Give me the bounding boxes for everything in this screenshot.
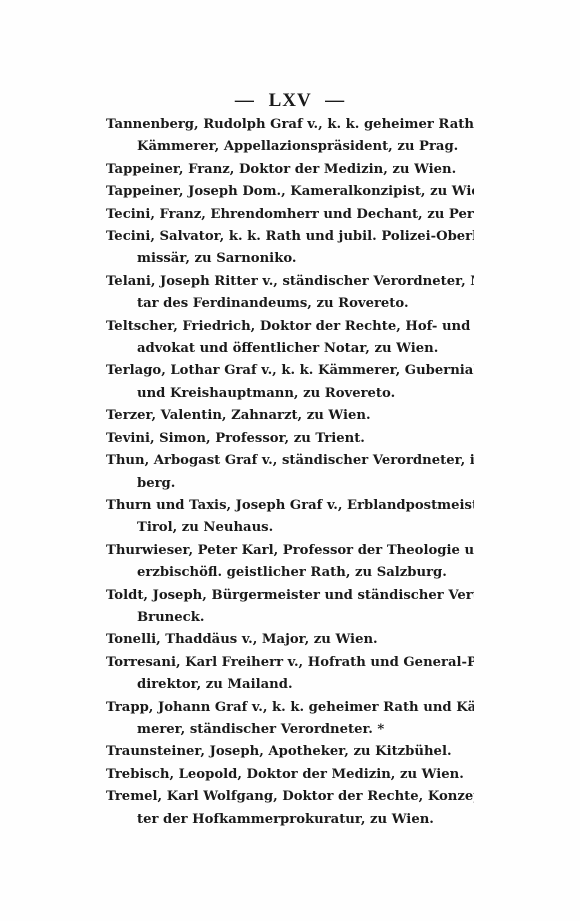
page-number: LXV: [269, 90, 312, 111]
entry-first-line: Telani, Joseph Ritter v., ständischer Ve…: [106, 271, 474, 293]
directory-entry-list: Tannenberg, Rudolph Graf v., k. k. gehei…: [106, 114, 474, 831]
entry-continuation-line: Tirol, zu Neuhaus.: [106, 517, 474, 539]
directory-entry: Tannenberg, Rudolph Graf v., k. k. gehei…: [106, 114, 474, 159]
entry-first-line: Traunsteiner, Joseph, Apotheker, zu Kitz…: [106, 741, 474, 763]
entry-first-line: Trebisch, Leopold, Doktor der Medizin, z…: [106, 764, 474, 786]
directory-entry: Thurwieser, Peter Karl, Professor der Th…: [106, 540, 474, 585]
directory-entry: Traunsteiner, Joseph, Apotheker, zu Kitz…: [106, 741, 474, 763]
header-dash-left: —: [235, 90, 255, 111]
entry-first-line: Tappeiner, Joseph Dom., Kameralkonzipist…: [106, 181, 474, 203]
entry-continuation-line: Bruneck.: [106, 607, 474, 629]
entry-continuation-line: ter der Hofkammerprokuratur, zu Wien.: [106, 809, 474, 831]
entry-first-line: Tremel, Karl Wolfgang, Doktor der Rechte…: [106, 786, 474, 808]
directory-entry: Teltscher, Friedrich, Doktor der Rechte,…: [106, 316, 474, 361]
entry-first-line: Teltscher, Friedrich, Doktor der Rechte,…: [106, 316, 474, 338]
entry-first-line: Tevini, Simon, Professor, zu Trient.: [106, 428, 474, 450]
directory-entry: Tevini, Simon, Professor, zu Trient.: [106, 428, 474, 450]
entry-first-line: Tecini, Salvator, k. k. Rath und jubil. …: [106, 226, 474, 248]
entry-continuation-line: direktor, zu Mailand.: [106, 674, 474, 696]
entry-first-line: Torresani, Karl Freiherr v., Hofrath und…: [106, 652, 474, 674]
directory-entry: Tonelli, Thaddäus v., Major, zu Wien.: [106, 629, 474, 651]
entry-continuation-line: advokat und öffentlicher Notar, zu Wien.: [106, 338, 474, 360]
entry-first-line: Tappeiner, Franz, Doktor der Medizin, zu…: [106, 159, 474, 181]
directory-entry: Thun, Arbogast Graf v., ständischer Vero…: [106, 450, 474, 495]
directory-entry: Tremel, Karl Wolfgang, Doktor der Rechte…: [106, 786, 474, 831]
entry-continuation-line: und Kreishauptmann, zu Rovereto.: [106, 383, 474, 405]
entry-first-line: Thun, Arbogast Graf v., ständischer Vero…: [106, 450, 474, 472]
entry-first-line: Terzer, Valentin, Zahnarzt, zu Wien.: [106, 405, 474, 427]
directory-entry: Toldt, Joseph, Bürgermeister und ständis…: [106, 585, 474, 630]
header-dash-right: —: [325, 90, 345, 111]
directory-entry: Trapp, Johann Graf v., k. k. geheimer Ra…: [106, 697, 474, 742]
entry-first-line: Tonelli, Thaddäus v., Major, zu Wien.: [106, 629, 474, 651]
directory-entry: Tappeiner, Franz, Doktor der Medizin, zu…: [106, 159, 474, 181]
directory-entry: Tecini, Franz, Ehrendomherr und Dechant,…: [106, 204, 474, 226]
directory-entry: Thurn und Taxis, Joseph Graf v., Erbland…: [106, 495, 474, 540]
entry-continuation-line: Kämmerer, Appellazionspräsident, zu Prag…: [106, 136, 474, 158]
entry-first-line: Tannenberg, Rudolph Graf v., k. k. gehei…: [106, 114, 474, 136]
entry-continuation-line: merer, ständischer Verordneter. *: [106, 719, 474, 741]
entry-first-line: Trapp, Johann Graf v., k. k. geheimer Ra…: [106, 697, 474, 719]
entry-first-line: Toldt, Joseph, Bürgermeister und ständis…: [106, 585, 474, 607]
entry-first-line: Thurwieser, Peter Karl, Professor der Th…: [106, 540, 474, 562]
entry-continuation-line: tar des Ferdinandeums, zu Rovereto.: [106, 293, 474, 315]
directory-entry: Torresani, Karl Freiherr v., Hofrath und…: [106, 652, 474, 697]
directory-entry: Tecini, Salvator, k. k. Rath und jubil. …: [106, 226, 474, 271]
directory-entry: Terlago, Lothar Graf v., k. k. Kämmerer,…: [106, 360, 474, 405]
entry-continuation-line: missär, zu Sarnoniko.: [106, 248, 474, 270]
entry-continuation-line: erzbischöfl. geistlicher Rath, zu Salzbu…: [106, 562, 474, 584]
entry-first-line: Thurn und Taxis, Joseph Graf v., Erbland…: [106, 495, 474, 517]
entry-first-line: Terlago, Lothar Graf v., k. k. Kämmerer,…: [106, 360, 474, 382]
entry-continuation-line: berg.: [106, 473, 474, 495]
directory-entry: Terzer, Valentin, Zahnarzt, zu Wien.: [106, 405, 474, 427]
directory-entry: Tappeiner, Joseph Dom., Kameralkonzipist…: [106, 181, 474, 203]
page-header: — LXV —: [0, 90, 580, 112]
directory-entry: Trebisch, Leopold, Doktor der Medizin, z…: [106, 764, 474, 786]
directory-entry: Telani, Joseph Ritter v., ständischer Ve…: [106, 271, 474, 316]
entry-first-line: Tecini, Franz, Ehrendomherr und Dechant,…: [106, 204, 474, 226]
